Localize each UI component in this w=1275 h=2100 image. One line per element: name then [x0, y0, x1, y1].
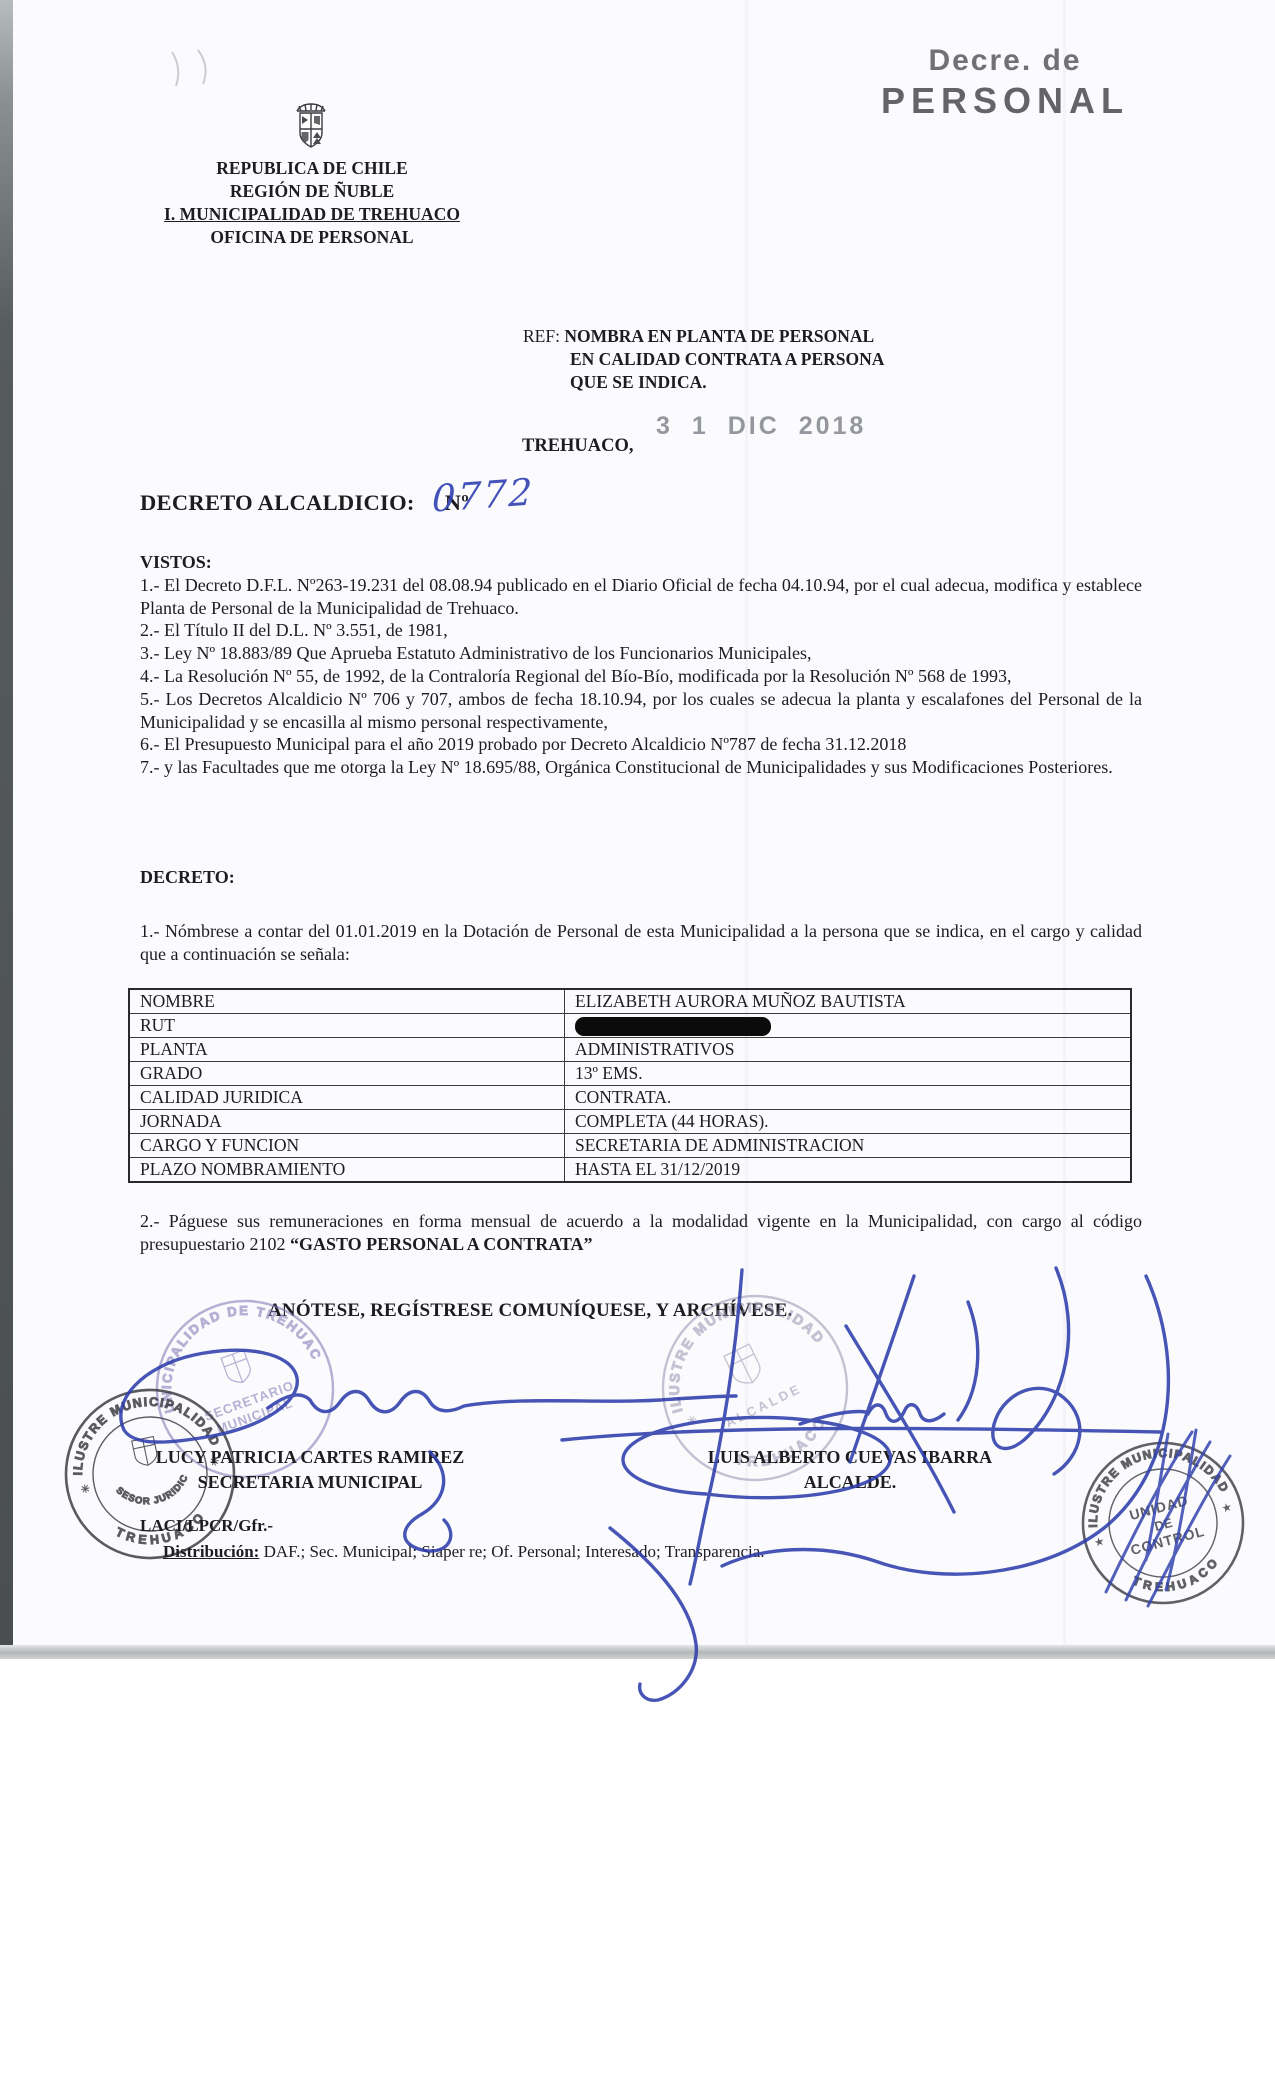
svg-text:ILUSTRE MUNICIPALIDAD: ILUSTRE MUNICIPALIDAD: [655, 1288, 830, 1418]
ref-text-1: NOMBRA EN PLANTA DE PERSONAL: [564, 326, 874, 346]
distribution-text: DAF.; Sec. Municipal; Siaper re; Of. Per…: [259, 1542, 764, 1561]
ref-text-2: EN CALIDAD CONTRATA A PERSONA: [523, 348, 923, 371]
vistos-section: VISTOS: 1.- El Decreto D.F.L. Nº263-19.2…: [140, 551, 1142, 779]
ref-line-1: REF: NOMBRA EN PLANTA DE PERSONAL: [523, 325, 923, 348]
secretaria-name: LUCY PATRICIA CARTES RAMIREZ: [148, 1445, 472, 1470]
vistos-heading: VISTOS:: [140, 551, 1142, 574]
row-label: RUT: [129, 1014, 565, 1038]
stamp-star: ★: [1094, 1536, 1106, 1549]
stamp-bottom-text: TREHUACO: [1128, 1551, 1228, 1604]
decree-title-label: DECRETO ALCALDICIO:: [140, 490, 415, 515]
table-row: CARGO Y FUNCIONSECRETARIA DE ADMINISTRAC…: [129, 1134, 1131, 1158]
row-label: CARGO Y FUNCION: [129, 1134, 565, 1158]
letterhead-country: REPUBLICA DE CHILE: [142, 157, 482, 180]
decreto-paragraph-2-text: 2.- Páguese sus remuneraciones en forma …: [140, 1210, 1142, 1256]
stamp-top-text: ILUSTRE MUNICIPALIDAD: [655, 1288, 830, 1418]
municipal-coat-of-arms-icon: [283, 99, 339, 155]
scanned-decree-page: Decre. de PERSONAL REPUBLICA DE CHILE RE…: [0, 0, 1275, 2100]
stamp-star: ✳: [684, 1412, 699, 1429]
scan-streak: [1063, 0, 1066, 1645]
ref-block: REF: NOMBRA EN PLANTA DE PERSONAL EN CAL…: [523, 325, 923, 394]
decreto-heading: DECRETO:: [140, 866, 1142, 889]
ref-text-3: QUE SE INDICA.: [523, 371, 923, 394]
table-row: GRADO13º EMS.: [129, 1062, 1131, 1086]
stamp-star: ✳: [80, 1483, 92, 1497]
secretaria-title: SECRETARIA MUNICIPAL: [148, 1470, 472, 1495]
personnel-decree-stamp: Decre. de PERSONAL: [855, 44, 1155, 122]
row-label: JORNADA: [129, 1110, 565, 1134]
table-row: CALIDAD JURIDICACONTRATA.: [129, 1086, 1131, 1110]
decree-title: DECRETO ALCALDICIO:Nº: [140, 490, 469, 516]
decreto-paragraph-1: 1.- Nómbrese a contar del 01.01.2019 en …: [140, 920, 1142, 966]
table-row: JORNADACOMPLETA (44 HORAS).: [129, 1110, 1131, 1134]
stamp-line-2: PERSONAL: [855, 80, 1155, 122]
row-label: PLANTA: [129, 1038, 565, 1062]
row-label: CALIDAD JURIDICA: [129, 1086, 565, 1110]
alcalde-title: ALCALDE.: [668, 1470, 1032, 1495]
paragraph-2-bold: “GASTO PERSONAL A CONTRATA”: [290, 1234, 593, 1254]
row-value: SECRETARIA DE ADMINISTRACION: [565, 1134, 1132, 1158]
vistos-item: 5.- Los Decretos Alcaldicio Nº 706 y 707…: [140, 688, 1142, 734]
distribution-label: Distribución:: [163, 1542, 259, 1561]
document-initials: LACI/LPCR/Gfr.-: [140, 1516, 273, 1536]
row-value: CONTRATA.: [565, 1086, 1132, 1110]
letterhead-municipality: I. MUNICIPALIDAD DE TREHUACO: [142, 203, 482, 226]
stamp-top-text: ILUSTRE MUNICIPALIDAD: [1078, 1438, 1233, 1531]
row-value: ELIZABETH AURORA MUÑOZ BAUTISTA: [565, 989, 1132, 1014]
row-value: HASTA EL 31/12/2019: [565, 1158, 1132, 1183]
row-label: GRADO: [129, 1062, 565, 1086]
row-label: PLAZO NOMBRAMIENTO: [129, 1158, 565, 1183]
table-row: PLAZO NOMBRAMIENTOHASTA EL 31/12/2019: [129, 1158, 1131, 1183]
stamp-line-1: Decre. de: [855, 44, 1155, 78]
signature-right: LUIS ALBERTO CUEVAS IBARRA ALCALDE.: [668, 1445, 1032, 1495]
vistos-item: 3.- Ley Nº 18.883/89 Que Aprueba Estatut…: [140, 642, 1142, 665]
svg-text:TREHUACO: TREHUACO: [1128, 1551, 1228, 1604]
distribution-line: Distribución: DAF.; Sec. Municipal; Siap…: [163, 1542, 765, 1562]
row-label: NOMBRE: [129, 989, 565, 1014]
row-value: 13º EMS.: [565, 1062, 1132, 1086]
table-row: PLANTAADMINISTRATIVOS: [129, 1038, 1131, 1062]
scan-left-edge: [0, 0, 13, 1652]
stamp-center-text: ALCALDE: [723, 1381, 804, 1431]
letterhead-office: OFICINA DE PERSONAL: [142, 226, 482, 249]
letterhead: REPUBLICA DE CHILE REGIÓN DE ÑUBLE I. MU…: [142, 157, 482, 249]
unidad-de-control-stamp: ILUSTRE MUNICIPALIDAD TREHUACO ★ ★ UNIDA…: [1078, 1438, 1248, 1608]
letterhead-region: REGIÓN DE ÑUBLE: [142, 180, 482, 203]
vistos-item: 1.- El Decreto D.F.L. Nº263-19.231 del 0…: [140, 574, 1142, 620]
decree-number-handwritten: 0772: [431, 470, 534, 520]
vistos-item: 7.- y las Facultades que me otorga la Le…: [140, 756, 1142, 779]
alcalde-name: LUIS ALBERTO CUEVAS IBARRA: [668, 1445, 1032, 1470]
vistos-item: 6.- El Presupuesto Municipal para el año…: [140, 733, 1142, 756]
vistos-item: 2.- El Título II del D.L. Nº 3.551, de 1…: [140, 619, 1142, 642]
stamp-star: ★: [1221, 1502, 1233, 1515]
decreto-paragraph-1-text: 1.- Nómbrese a contar del 01.01.2019 en …: [140, 920, 1142, 966]
table-row: NOMBREELIZABETH AURORA MUÑOZ BAUTISTA: [129, 989, 1131, 1014]
scan-bottom-edge: [0, 1645, 1275, 1659]
vistos-item: 4.- La Resolución Nº 55, de 1992, de la …: [140, 665, 1142, 688]
ref-label: REF:: [523, 326, 564, 346]
row-value: [565, 1014, 1132, 1038]
row-value: COMPLETA (44 HORAS).: [565, 1110, 1132, 1134]
appointment-table: NOMBREELIZABETH AURORA MUÑOZ BAUTISTA RU…: [128, 988, 1132, 1183]
decreto-paragraph-2: 2.- Páguese sus remuneraciones en forma …: [140, 1210, 1142, 1256]
place-label: TREHUACO,: [522, 436, 634, 457]
rut-redaction-bar: [575, 1017, 771, 1036]
signature-left: LUCY PATRICIA CARTES RAMIREZ SECRETARIA …: [148, 1445, 472, 1495]
svg-text:ILUSTRE MUNICIPALIDAD: ILUSTRE MUNICIPALIDAD: [1078, 1438, 1233, 1531]
row-value: ADMINISTRATIVOS: [565, 1038, 1132, 1062]
date-received-stamp: 3 1 DIC 2018: [656, 412, 866, 441]
table-row: RUT: [129, 1014, 1131, 1038]
